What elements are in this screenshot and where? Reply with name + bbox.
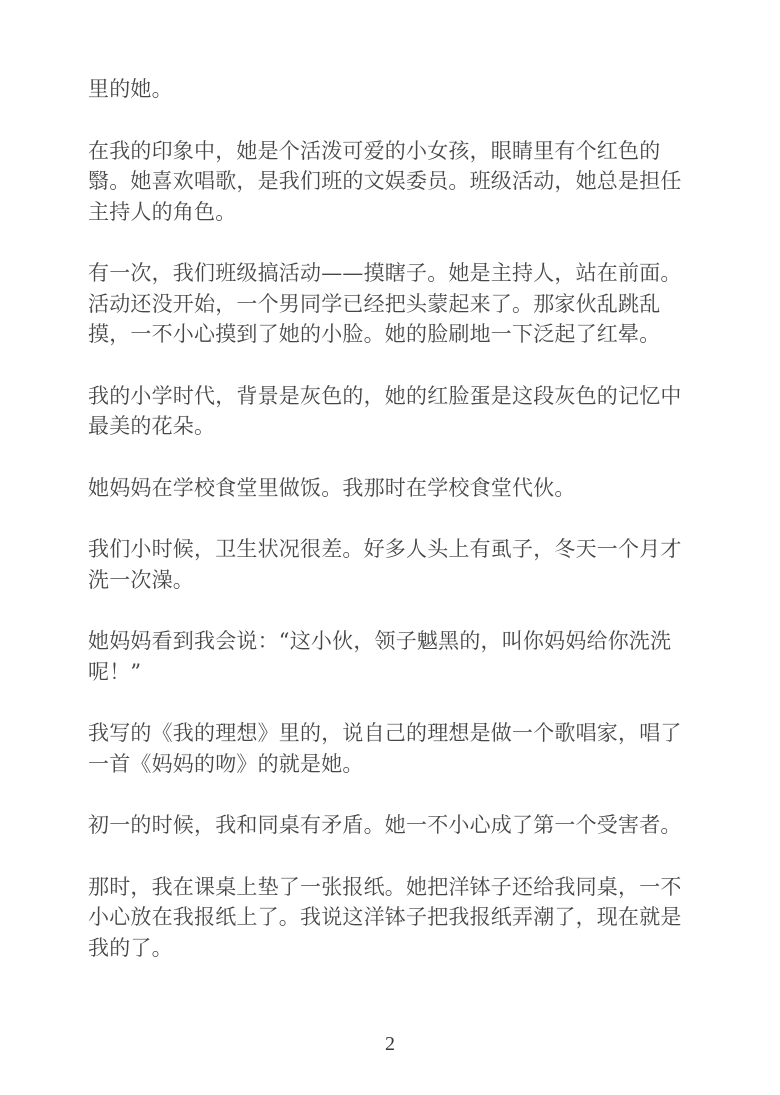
paragraph-3: 有一次，我们班级搞活动——摸瞎子。她是主持人，站在前面。 活动还没开始，一个男同… xyxy=(88,258,694,350)
paragraph-5: 她妈妈在学校食堂里做饭。我那时在学校食堂代伙。 xyxy=(88,473,694,504)
page-number: 2 xyxy=(385,1033,395,1055)
paragraph-8: 我写的《我的理想》里的，说自己的理想是做一个歌唱家，唱了 一首《妈妈的吻》的就是… xyxy=(88,718,694,779)
page-body: 里的她。在我的印象中，她是个活泼可爱的小女孩，眼睛里有个红色的 翳。她喜欢唱歌，… xyxy=(88,0,694,994)
paragraph-7: 她妈妈看到我会说：“这小伙，领子魆黑的，叫你妈妈给你洗洗 呢！” xyxy=(88,626,694,687)
paragraph-10: 那时，我在课桌上垫了一张报纸。她把洋钵子还给我同桌，一不 小心放在我报纸上了。我… xyxy=(88,872,694,964)
paragraph-1: 里的她。 xyxy=(88,74,694,105)
paragraph-2: 在我的印象中，她是个活泼可爱的小女孩，眼睛里有个红色的 翳。她喜欢唱歌，是我们班… xyxy=(88,136,694,228)
paragraph-9: 初一的时候，我和同桌有矛盾。她一不小心成了第一个受害者。 xyxy=(88,810,694,841)
paragraph-4: 我的小学时代，背景是灰色的，她的红脸蛋是这段灰色的记忆中 最美的花朵。 xyxy=(88,381,694,442)
document-page: 里的她。在我的印象中，她是个活泼可爱的小女孩，眼睛里有个红色的 翳。她喜欢唱歌，… xyxy=(0,0,780,1095)
paragraph-6: 我们小时候，卫生状况很差。好多人头上有虱子，冬天一个月才 洗一次澡。 xyxy=(88,534,694,595)
page-footer: 2 xyxy=(0,1033,780,1056)
